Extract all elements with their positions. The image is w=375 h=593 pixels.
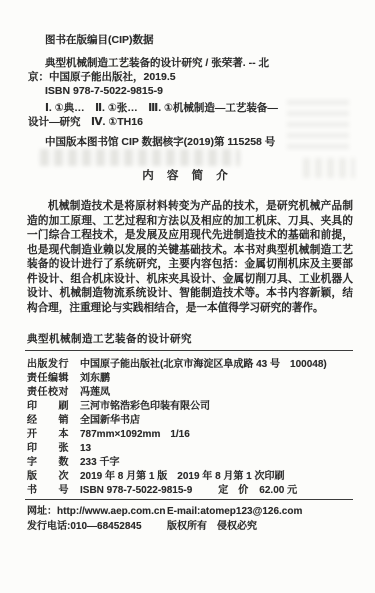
colophon-table: 出版发行 中国原子能出版社(北京市海淀区阜成路 43 号 100048) 责任编… (27, 358, 355, 498)
colophon-book-title: 典型机械制造工艺装备的设计研究 (27, 331, 192, 346)
colophon-row-proofreader: 责任校对 冯莲凤 (27, 386, 355, 400)
book-copyright-page: 图书在版编目(CIP)数据 典型机械制造工艺装备的设计研究 / 张荣著. -- … (0, 0, 375, 593)
row-label: 经 销 (27, 414, 70, 428)
colophon-row-distributor: 经 销 全国新华书店 (27, 414, 355, 428)
row-label: 字 数 (27, 456, 70, 470)
price-label: 定 价 (218, 484, 248, 498)
contact-row-web: 网址：http://www.aep.com.cn E-mail:atomep12… (27, 505, 355, 520)
cip-block: 图书在版编目(CIP)数据 典型机械制造工艺装备的设计研究 / 张荣著. -- … (28, 33, 355, 149)
colophon-row-wordcount: 字 数 233 千字 (27, 456, 355, 470)
row-value: 13 (80, 442, 91, 456)
copyright-notice: 版权所有 侵权必究 (167, 520, 257, 535)
row-label: 印 张 (27, 442, 70, 456)
colophon-row-publisher: 出版发行 中国原子能出版社(北京市海淀区阜成路 43 号 100048) (27, 358, 355, 372)
divider-line (25, 350, 353, 351)
cip-title-line1: 典型机械制造工艺装备的设计研究 / 张荣著. -- 北 (28, 56, 355, 70)
row-label: 开 本 (27, 428, 70, 442)
cip-heading: 图书在版编目(CIP)数据 (28, 33, 355, 47)
row-label: 版 次 (27, 470, 70, 484)
cip-isbn: ISBN 978-7-5022-9815-9 (28, 84, 355, 98)
sales-phone: 发行电话:010—68452845 (27, 520, 167, 535)
colophon-row-format: 开 本 787mm×1092mm 1/16 (27, 428, 355, 442)
row-value: 787mm×1092mm 1/16 (80, 428, 190, 442)
colophon-row-isbn-price: 书 号 ISBN 978-7-5022-9815-9 定 价 62.00 元 (27, 484, 355, 498)
colophon-row-editor: 责任编辑 刘东鹏 (27, 372, 355, 386)
contact-block: 网址：http://www.aep.com.cn E-mail:atomep12… (27, 505, 355, 534)
contact-row-phone: 发行电话:010—68452845 版权所有 侵权必究 (27, 520, 355, 535)
row-value-isbn: ISBN 978-7-5022-9815-9 (80, 484, 192, 498)
row-value: 全国新华书店 (80, 414, 140, 428)
cip-title-line2: 京：中国原子能出版社，2019.5 (28, 70, 355, 84)
colophon-row-printer: 印 刷 三河市铭浩彩色印装有限公司 (27, 400, 355, 414)
colophon-row-sheets: 印 张 13 (27, 442, 355, 456)
row-value: 2019 年 8 月第 1 版 2019 年 8 月第 1 次印刷 (80, 470, 285, 484)
row-label: 责任校对 (27, 386, 70, 400)
summary-paragraph: 机械制造技术是将原材料转变为产品的技术，是研究机械产品制造的加工原理、工艺过程和… (27, 199, 353, 315)
email-address: E-mail:atomep123@126.com (167, 505, 302, 520)
cip-classification-line1: Ⅰ. ①典… Ⅱ. ①张… Ⅲ. ①机械制造—工艺装备— (28, 101, 355, 115)
row-value: 三河市铭浩彩色印装有限公司 (80, 400, 210, 414)
website-url: 网址：http://www.aep.com.cn (27, 505, 167, 520)
row-label: 出版发行 (27, 358, 70, 372)
row-value: 冯莲凤 (80, 386, 110, 400)
row-value: 中国原子能出版社(北京市海淀区阜成路 43 号 100048) (80, 358, 327, 372)
cip-classification-line2: 设计—研究 Ⅳ. ①TH16 (28, 115, 355, 129)
divider-line (25, 499, 353, 500)
row-label: 责任编辑 (27, 372, 70, 386)
bleedthrough-artifact (40, 149, 240, 166)
price-value: 62.00 元 (259, 484, 297, 498)
row-value: 刘东鹏 (80, 372, 110, 386)
summary-heading: 内 容 简 介 (0, 167, 375, 183)
row-value: 233 千字 (80, 456, 119, 470)
colophon-row-edition: 版 次 2019 年 8 月第 1 版 2019 年 8 月第 1 次印刷 (27, 470, 355, 484)
row-label: 印 刷 (27, 400, 70, 414)
cip-record-number: 中国版本图书馆 CIP 数据核字(2019)第 115258 号 (28, 135, 355, 149)
row-label: 书 号 (27, 484, 70, 498)
